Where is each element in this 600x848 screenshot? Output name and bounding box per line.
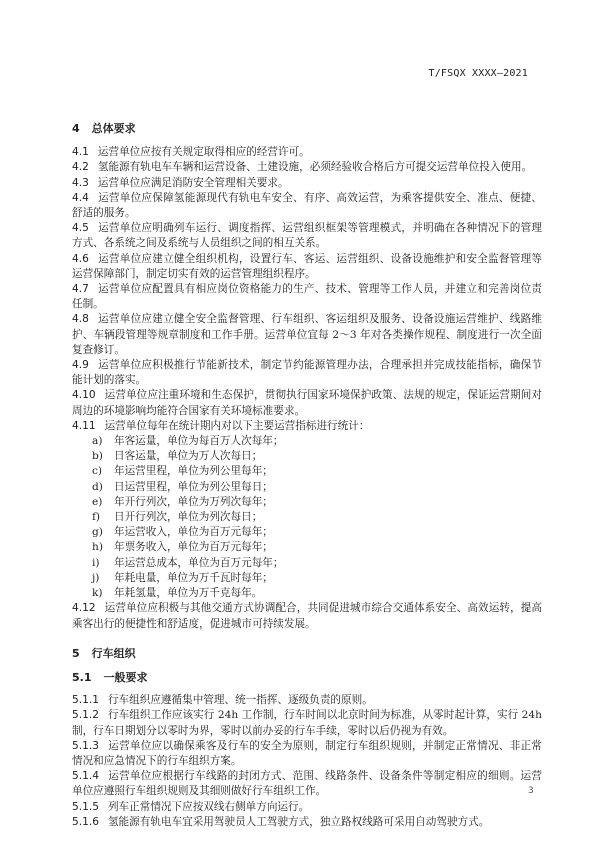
clause-number: 5.1.6: [72, 816, 99, 828]
list-text: 日客运量，单位为万人次每日；: [114, 450, 262, 462]
list-text: 年运营收入，单位为百万元每年；: [114, 526, 273, 538]
page-number: 3: [528, 786, 534, 796]
list-item: b)日客运量，单位为万人次每日；: [72, 449, 542, 464]
list-text: 年运营总成本，单位为百万元每年；: [114, 557, 284, 569]
clause-number: 4.4: [72, 192, 89, 204]
clause-text: 列车正常情况下应按双线右侧单方向运行。: [108, 801, 309, 813]
clause: 4.9运营单位应积极推行节能新技术，制定节约能源管理办法，合理承担并完成技能指标…: [72, 358, 542, 388]
clause-number: 4.2: [72, 161, 89, 173]
list-text: 年耗氢量，单位为万千克每年。: [114, 587, 262, 599]
list-text: 日开行列次，单位为列次每日；: [114, 511, 262, 523]
clause-text: 运营单位应按有关规定取得相应的经营许可。: [98, 146, 310, 158]
clause-number: 4.7: [72, 283, 89, 295]
list-letter: e): [92, 495, 114, 510]
list-text: 年开行列次，单位为万列次每年；: [114, 496, 273, 508]
list-item: c)年运营里程，单位为列公里每年；: [72, 464, 542, 479]
document-body: 4总体要求 4.1运营单位应按有关规定取得相应的经营许可。 4.2氢能源有轨电车…: [72, 121, 542, 830]
clause-text: 运营单位应配置具有相应岗位资格能力的生产、技术、管理等工作人员，并建立和完善岗位…: [72, 283, 542, 310]
document-code: T/FSQX XXXX—2021: [428, 68, 528, 79]
list-text: 年票务收入，单位为百万元每年；: [114, 541, 273, 553]
clause-text: 运营单位应积极推行节能新技术，制定节约能源管理办法，合理承担并完成技能指标，确保…: [72, 359, 542, 386]
list-letter: k): [92, 586, 114, 601]
clause: 5.1.4运营单位应根据行车线路的封闭方式、范围、线路条件、设备条件等制定相应的…: [72, 769, 542, 799]
subsection-5-1-heading: 5.1一般要求: [72, 670, 542, 685]
clause-number: 5.1.4: [72, 770, 99, 782]
clause-text: 运营单位应积极与其他交通方式协调配合，共同促进城市综合交通体系安全、高效运转，提…: [72, 602, 542, 629]
clause-text: 运营单位应建立健全安全监督管理、行车组织、客运组织及服务、设备设施运营维护、线路…: [72, 313, 542, 355]
clause-text: 运营单位应以确保乘客及行车的安全为原则，制定行车组织规则，并制定正常情况、非正常…: [72, 740, 542, 767]
clause-text: 运营单位应保障氢能源现代有轨电车安全、有序、高效运营，为乘客提供安全、准点、便捷…: [72, 192, 542, 219]
clause-text: 运营单位应根据行车线路的封闭方式、范围、线路条件、设备条件等制定相应的细则。运营…: [72, 770, 542, 797]
list-letter: g): [92, 525, 114, 540]
clause: 4.3运营单位应满足消防安全管理相关要求。: [72, 176, 542, 191]
list-letter: d): [92, 480, 114, 495]
section-title: 总体要求: [92, 122, 136, 135]
subsection-title: 一般要求: [104, 671, 148, 684]
clause-text: 行车组织应遵循集中管理、统一指挥、逐级负责的原则。: [108, 694, 373, 706]
clause: 5.1.2行车组织工作应该实行 24h 工作制，行车时间以北京时间为标准，从零时…: [72, 708, 542, 738]
clause: 4.11运营单位每年在统计期内对以下主要运营指标进行统计：: [72, 419, 542, 434]
clause-number: 4.8: [72, 313, 89, 325]
list-text: 年耗电量，单位为万千瓦时每年；: [114, 572, 273, 584]
clause: 4.1运营单位应按有关规定取得相应的经营许可。: [72, 145, 542, 160]
clause-number: 5.1.2: [72, 709, 99, 721]
clause-text: 运营单位应建立健全组织机构，设置行车、客运、运营组织、设备设施维护和安全监督管理…: [72, 253, 542, 280]
clause-number: 5.1.5: [72, 801, 99, 813]
clause-number: 4.11: [72, 420, 96, 432]
clause: 5.1.3运营单位应以确保乘客及行车的安全为原则，制定行车组织规则，并制定正常情…: [72, 739, 542, 769]
list-text: 日运营里程，单位为列公里每日；: [114, 481, 273, 493]
list-letter: i): [92, 556, 114, 571]
list-item: g)年运营收入，单位为百万元每年；: [72, 525, 542, 540]
list-item: a)年客运量，单位为每百万人次每年；: [72, 434, 542, 449]
clause: 4.4运营单位应保障氢能源现代有轨电车安全、有序、高效运营，为乘客提供安全、准点…: [72, 191, 542, 221]
clause: 4.12运营单位应积极与其他交通方式协调配合，共同促进城市综合交通体系安全、高效…: [72, 601, 542, 631]
clause-number: 4.6: [72, 253, 89, 265]
section-number: 4: [72, 121, 80, 136]
list-letter: a): [92, 434, 114, 449]
list-letter: f): [92, 510, 114, 525]
clause-text: 运营单位应满足消防安全管理相关要求。: [98, 177, 289, 189]
clause-text: 运营单位应注重环境和生态保护，贯彻执行国家环境保护政策、法规的规定，保证运营期间…: [72, 389, 542, 416]
list-text: 年客运量，单位为每百万人次每年；: [114, 435, 284, 447]
clause-text: 行车组织工作应该实行 24h 工作制，行车时间以北京时间为标准，从零时起计算，实…: [72, 709, 542, 736]
clause: 4.10运营单位应注重环境和生态保护，贯彻执行国家环境保护政策、法规的规定，保证…: [72, 388, 542, 418]
list-item: d)日运营里程，单位为列公里每日；: [72, 480, 542, 495]
list-item: i)年运营总成本，单位为百万元每年；: [72, 556, 542, 571]
list-item: k)年耗氢量，单位为万千克每年。: [72, 586, 542, 601]
section-title: 行车组织: [92, 647, 136, 660]
clause-number: 5.1.3: [72, 740, 99, 752]
clause-text: 氢能源有轨电车宜采用驾驶员人工驾驶方式，独立路权线路可采用自动驾驶方式。: [108, 816, 489, 828]
clause: 5.1.1行车组织应遵循集中管理、统一指挥、逐级负责的原则。: [72, 693, 542, 708]
clause-number: 5.1.1: [72, 694, 99, 706]
clause: 4.5运营单位应明确列车运行、调度指挥、运营组织框架等管理模式，并明确在各种情况…: [72, 221, 542, 251]
clause: 4.2氢能源有轨电车车辆和运营设备、土建设施，必须经验收合格后方可提交运营单位投…: [72, 160, 542, 175]
clause: 5.1.5列车正常情况下应按双线右侧单方向运行。: [72, 800, 542, 815]
list-item: f)日开行列次，单位为列次每日；: [72, 510, 542, 525]
list-text: 年运营里程，单位为列公里每年；: [114, 465, 273, 477]
clause-text: 氢能源有轨电车车辆和运营设备、土建设施，必须经验收合格后方可提交运营单位投入使用…: [98, 161, 532, 173]
clause-number: 4.5: [72, 222, 89, 234]
list-letter: j): [92, 571, 114, 586]
clause-number: 4.3: [72, 177, 89, 189]
list-item: h)年票务收入，单位为百万元每年；: [72, 540, 542, 555]
list-letter: c): [92, 464, 114, 479]
list-letter: h): [92, 540, 114, 555]
clause-number: 4.10: [72, 389, 96, 401]
section-5-heading: 5行车组织: [72, 646, 542, 661]
section-4-heading: 4总体要求: [72, 121, 542, 136]
clause: 4.7运营单位应配置具有相应岗位资格能力的生产、技术、管理等工作人员，并建立和完…: [72, 282, 542, 312]
list-item: e)年开行列次，单位为万列次每年；: [72, 495, 542, 510]
clause-text: 运营单位每年在统计期内对以下主要运营指标进行统计：: [105, 420, 370, 432]
clause-text: 运营单位应明确列车运行、调度指挥、运营组织框架等管理模式，并明确在各种情况下的管…: [72, 222, 542, 249]
section-number: 5: [72, 646, 80, 661]
list-letter: b): [92, 449, 114, 464]
clause: 5.1.6氢能源有轨电车宜采用驾驶员人工驾驶方式，独立路权线路可采用自动驾驶方式…: [72, 815, 542, 830]
list-item: j)年耗电量，单位为万千瓦时每年；: [72, 571, 542, 586]
clause: 4.6运营单位应建立健全组织机构，设置行车、客运、运营组织、设备设施维护和安全监…: [72, 252, 542, 282]
clause-number: 4.9: [72, 359, 89, 371]
indicator-list: a)年客运量，单位为每百万人次每年； b)日客运量，单位为万人次每日； c)年运…: [72, 434, 542, 601]
clause: 4.8运营单位应建立健全安全监督管理、行车组织、客运组织及服务、设备设施运营维护…: [72, 312, 542, 358]
subsection-number: 5.1: [72, 670, 92, 685]
clause-number: 4.12: [72, 602, 96, 614]
clause-number: 4.1: [72, 146, 89, 158]
